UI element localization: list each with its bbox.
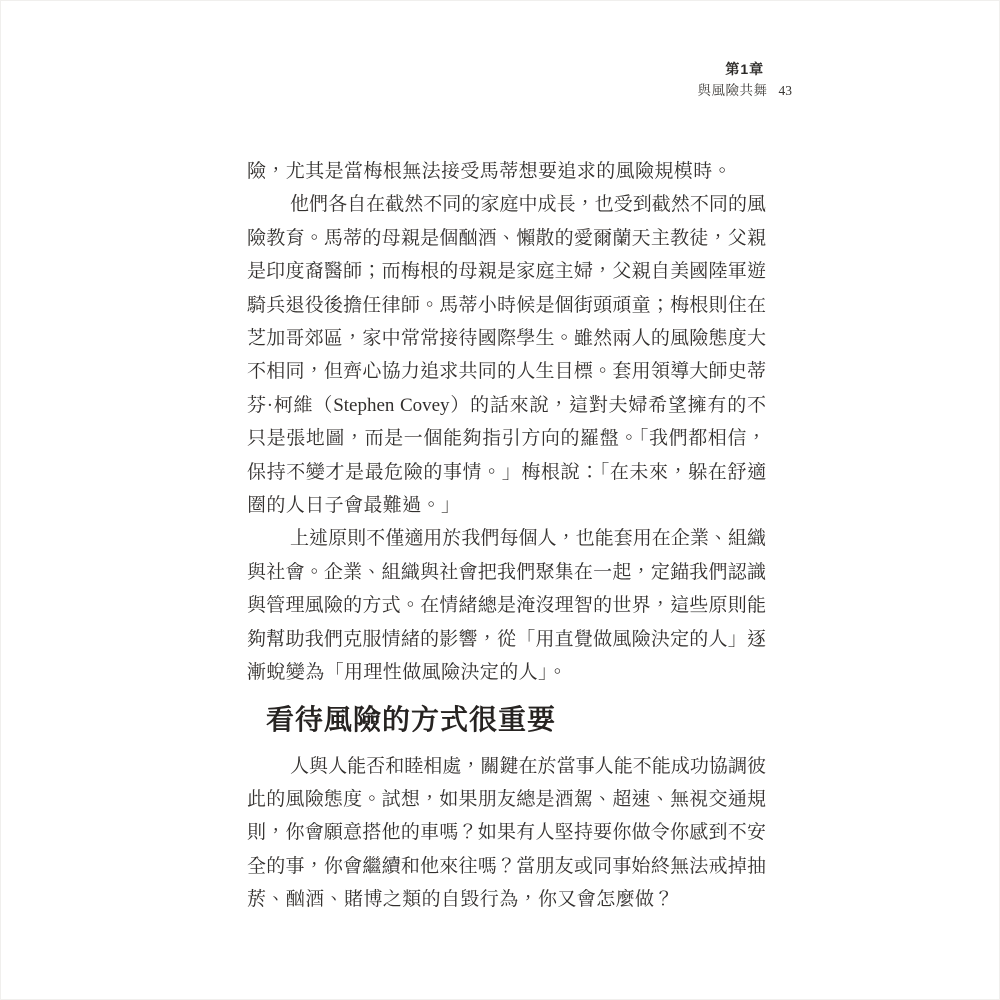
text-line: 菸、酗酒、賭博之類的自毀行為，你又會怎麼做？ (247, 883, 766, 916)
text-line: 上述原則不僅適用於我們每個人，也能套用在企業、組織 (247, 522, 766, 555)
text-line: 此的風險態度。試想，如果朋友總是酒駕、超速、無視交通規 (247, 783, 766, 816)
text-line: 險，尤其是當梅根無法接受馬蒂想要追求的風險規模時。 (247, 155, 766, 188)
text-line: 與社會。企業、組織與社會把我們聚集在一起，定錨我們認識 (247, 556, 766, 589)
text-line: 人與人能否和睦相處，關鍵在於當事人能不能成功協調彼 (247, 750, 766, 783)
text-line: 不相同，但齊心協力追求共同的人生目標。套用領導大師史蒂 (247, 355, 766, 388)
chapter-suffix: 章 (749, 63, 764, 78)
running-title-line: 與風險共舞43 (698, 81, 793, 101)
text-line: 芬·柯維（Stephen Covey）的話來說，這對夫婦希望擁有的不 (247, 389, 766, 422)
section-heading: 看待風險的方式很重要 (266, 702, 766, 740)
running-title: 與風險共舞 (698, 83, 768, 98)
chapter-label: 第1章 (698, 59, 793, 81)
text-line: 夠幫助我們克服情緒的影響，從「用直覺做風險決定的人」逐 (247, 623, 766, 656)
text-line: 芝加哥郊區，家中常常接待國際學生。雖然兩人的風險態度大 (247, 322, 766, 355)
text-line: 他們各自在截然不同的家庭中成長，也受到截然不同的風 (247, 188, 766, 221)
chapter-number: 1 (740, 61, 749, 77)
body-text-column: 險，尤其是當梅根無法接受馬蒂想要追求的風險規模時。 他們各自在截然不同的家庭中成… (247, 155, 766, 917)
running-head: 第1章 與風險共舞43 (698, 59, 793, 101)
text-line: 漸蛻變為「用理性做風險決定的人」。 (247, 656, 766, 689)
text-line: 保持不變才是最危險的事情。」梅根說：「在未來，躲在舒適 (247, 456, 766, 489)
text-line: 全的事，你會繼續和他來往嗎？當朋友或同事始終無法戒掉抽 (247, 850, 766, 883)
chapter-prefix: 第 (725, 63, 740, 78)
text-line: 則，你會願意搭他的車嗎？如果有人堅持要你做令你感到不安 (247, 816, 766, 849)
text-line: 只是張地圖，而是一個能夠指引方向的羅盤。「我們都相信， (247, 422, 766, 455)
text-line: 是印度裔醫師；而梅根的母親是家庭主婦，父親自美國陸軍遊 (247, 255, 766, 288)
text-line: 與管理風險的方式。在情緒總是淹沒理智的世界，這些原則能 (247, 589, 766, 622)
text-line: 圈的人日子會最難過。」 (247, 489, 766, 522)
book-page: 第1章 與風險共舞43 險，尤其是當梅根無法接受馬蒂想要追求的風險規模時。 他們… (0, 0, 1000, 1000)
text-line: 險教育。馬蒂的母親是個酗酒、懶散的愛爾蘭天主教徒，父親 (247, 222, 766, 255)
page-number: 43 (779, 83, 793, 98)
text-line: 騎兵退役後擔任律師。馬蒂小時候是個街頭頑童；梅根則住在 (247, 289, 766, 322)
